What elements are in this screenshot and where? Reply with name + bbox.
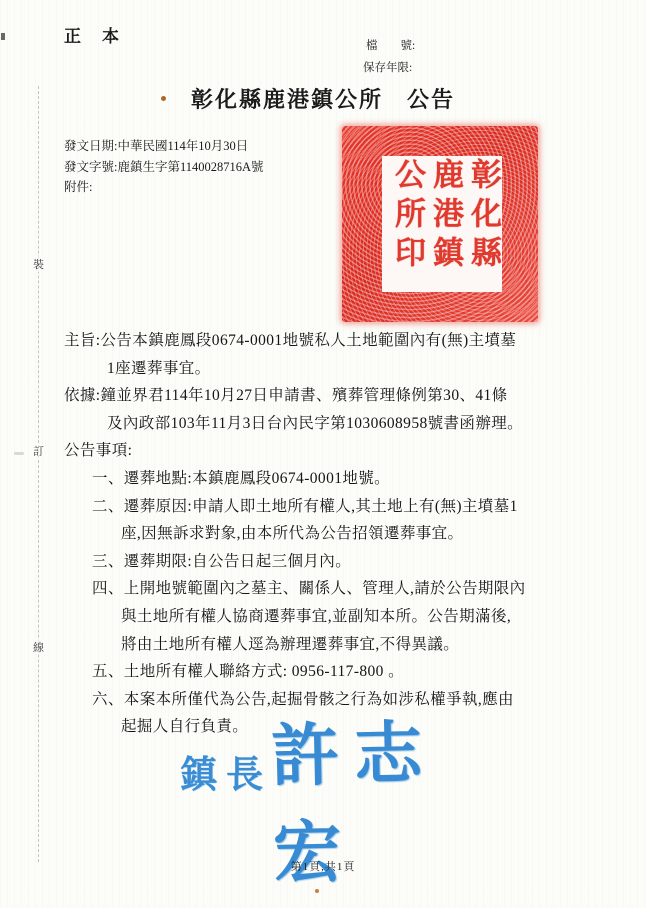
body-line: 與土地所有權人協商遷葬事宜,並副知本所。公告期滿後, [121, 603, 612, 631]
issuance-meta-block: 發文日期:中華民國114年10月30日 發文字號:鹿鎮生字第1140028716… [64, 136, 264, 198]
retention-period-label: 保存年限: [363, 57, 415, 79]
issue-date: 發文日期:中華民國114年10月30日 [64, 136, 264, 157]
file-number-label: 檔 號: [363, 35, 415, 57]
binding-mark-ding: 訂 [30, 443, 47, 459]
body-line: 公告事項: [64, 437, 612, 465]
header-file-block: 檔 號: 保存年限: [363, 35, 415, 79]
body-line: 二、遷葬原因:申請人即土地所有權人,其土地上有(無)主墳墓1 [92, 493, 612, 521]
body-line: 三、遷葬期限:自公告日起三個月內。 [92, 548, 612, 576]
binding-dashed-line [38, 86, 39, 862]
body-line: 一、遷葬地點:本鎮鹿鳳段0674-0001地號。 [92, 465, 612, 493]
seal-script-text: 彰化縣鹿港鎮公所印 [382, 156, 502, 292]
mayor-signature-stamp: 鎮長 許志宏 [170, 700, 520, 826]
body-line: 將由土地所有權人逕為辦理遷葬事宜,不得異議。 [121, 631, 612, 659]
announcement-body: 主旨:公告本鎮鹿鳳段0674-0001地號私人土地範圍內有(無)主墳墓 1座遷葬… [64, 327, 612, 741]
scan-artifact-dot [161, 96, 166, 101]
scan-artifact-dot [315, 889, 319, 893]
seal-inner-face: 彰化縣鹿港鎮公所印 [382, 156, 502, 292]
document-number: 發文字號:鹿鎮生字第1140028716A號 [64, 157, 264, 178]
scan-artifact-speck [1, 33, 5, 40]
body-line: 座,因無訴求對象,由本所代為公告招領遷葬事宜。 [121, 520, 612, 548]
body-line: 依據:鐘並界君114年10月27日申請書、殯葬管理條例第30、41條 [64, 382, 612, 410]
copy-type-label: 正 本 [64, 22, 121, 47]
body-line: 1座遷葬事宜。 [107, 355, 612, 383]
body-line: 五、土地所有權人聯絡方式: 0956-117-800 。 [92, 658, 612, 686]
binding-mark-xian: 線 [30, 639, 47, 655]
body-line: 四、上開地號範圍內之墓主、關係人、管理人,請於公告期限內 [92, 575, 612, 603]
binding-mark-zhuang: 裝 [30, 256, 47, 272]
page-number-footer: 第1頁,共1頁 [0, 858, 646, 874]
mayor-title-stamp: 鎮長 [180, 744, 272, 798]
official-red-seal: 彰化縣鹿港鎮公所印 [342, 126, 538, 322]
attachment-label: 附件: [64, 177, 264, 198]
official-document-page: 正 本 檔 號: 保存年限: 彰化縣鹿港鎮公所 公告 發文日期:中華民國114年… [0, 0, 646, 908]
document-title: 彰化縣鹿港鎮公所 公告 [0, 83, 646, 114]
scan-artifact-smudge [14, 452, 24, 455]
body-line: 主旨:公告本鎮鹿鳳段0674-0001地號私人土地範圍內有(無)主墳墓 [64, 327, 612, 355]
body-line: 及內政部103年11月3日台內民字第1030608958號書函辦理。 [107, 410, 612, 438]
